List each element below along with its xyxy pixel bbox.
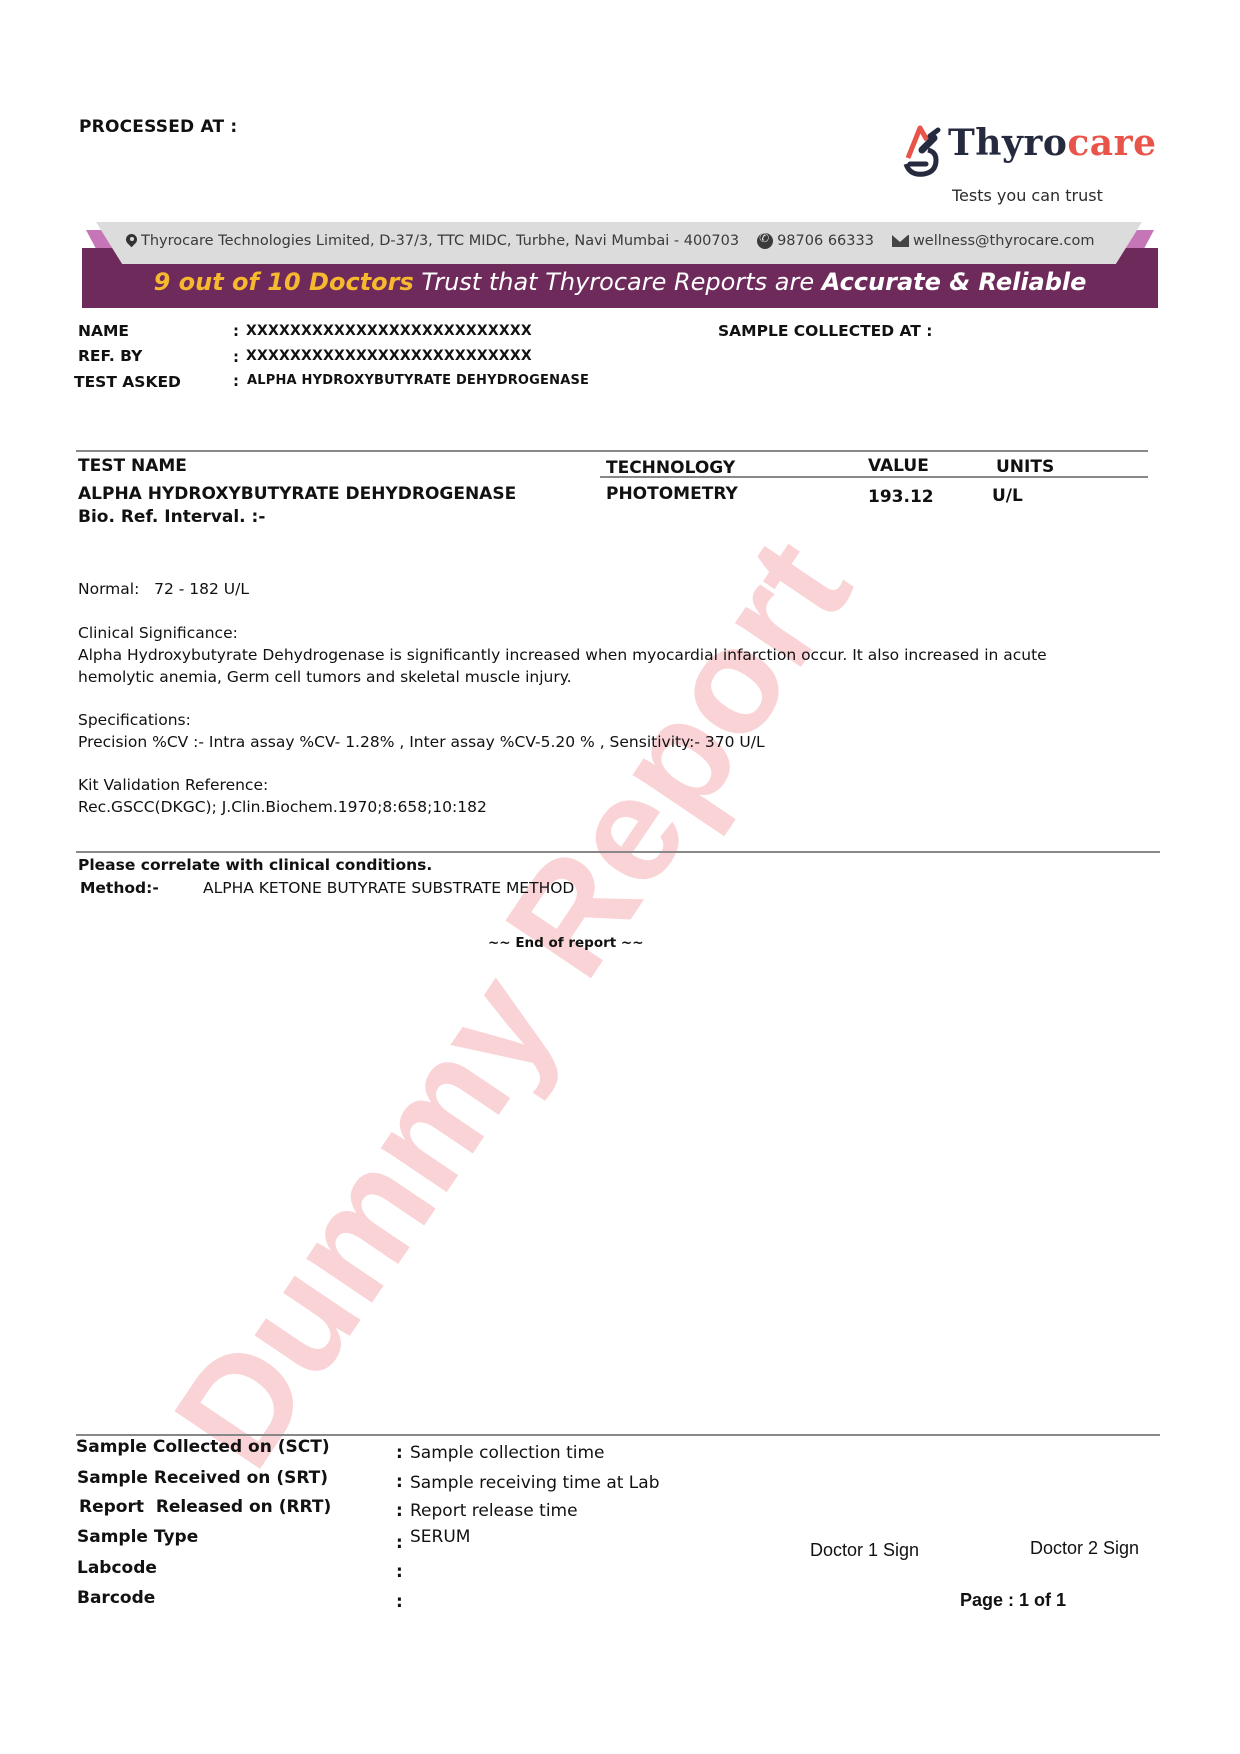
correlate-note: Please correlate with clinical condition… xyxy=(78,856,432,874)
specifications-text: Precision %CV :- Intra assay %CV- 1.28% … xyxy=(78,731,765,753)
slogan: 9 out of 10 Doctors Trust that Thyrocare… xyxy=(82,268,1158,296)
result-test-name: ALPHA HYDROXYBUTYRATE DEHYDROGENASE xyxy=(78,484,516,504)
col-test-name: TEST NAME xyxy=(78,456,187,476)
doctor-1-sign: Doctor 1 Sign xyxy=(810,1540,919,1561)
phone-text: 98706 66333 xyxy=(777,233,874,249)
ref-by-value: XXXXXXXXXXXXXXXXXXXXXXXXXX xyxy=(246,348,532,364)
ref-by-label: REF. BY xyxy=(78,347,142,365)
col-technology: TECHNOLOGY xyxy=(606,458,735,478)
method-label: Method:- xyxy=(80,879,159,897)
clinical-significance-title: Clinical Significance: xyxy=(78,622,238,644)
specifications-title: Specifications: xyxy=(78,709,191,731)
location-pin-icon xyxy=(126,234,137,249)
col-units: UNITS xyxy=(996,457,1054,477)
clinical-significance-line2: hemolytic anemia, Germ cell tumors and s… xyxy=(78,666,572,688)
end-of-report: ~~ End of report ~~ xyxy=(488,935,644,951)
thyrocare-logo: Thyrocare Tests you can trust xyxy=(900,120,1150,210)
logo-tagline: Tests you can trust xyxy=(952,186,1103,205)
name-label: NAME xyxy=(78,322,129,340)
table-header-rule xyxy=(600,476,1148,478)
col-value: VALUE xyxy=(868,456,929,476)
ref-by-colon: : xyxy=(233,348,239,366)
test-asked-label: TEST ASKED xyxy=(74,373,181,391)
contact-line: Thyrocare Technologies Limited, D-37/3, … xyxy=(126,233,1094,249)
result-units: U/L xyxy=(992,486,1023,506)
test-asked-value: ALPHA HYDROXYBUTYRATE DEHYDROGENASE xyxy=(247,373,589,388)
address-text: Thyrocare Technologies Limited, D-37/3, … xyxy=(141,233,739,249)
whatsapp-icon xyxy=(757,233,773,249)
bio-ref-interval-label: Bio. Ref. Interval. :- xyxy=(78,507,265,527)
table-top-rule xyxy=(76,450,1148,452)
name-value: XXXXXXXXXXXXXXXXXXXXXXXXXX xyxy=(246,323,532,339)
closing-rule xyxy=(76,851,1160,853)
clinical-significance-line1: Alpha Hydroxybutyrate Dehydrogenase is s… xyxy=(78,644,1047,666)
name-colon: : xyxy=(233,322,239,340)
logo-wordmark: Thyrocare xyxy=(948,122,1156,164)
contact-ribbon: Thyrocare Technologies Limited, D-37/3, … xyxy=(82,222,1158,314)
result-technology: PHOTOMETRY xyxy=(606,484,738,504)
test-asked-colon: : xyxy=(233,372,239,390)
footer-rule xyxy=(76,1434,1160,1436)
envelope-icon xyxy=(892,235,909,247)
microscope-drop-icon xyxy=(900,120,944,180)
email-text: wellness@thyrocare.com xyxy=(913,233,1095,249)
sample-collected-at-label: SAMPLE COLLECTED AT : xyxy=(718,322,932,340)
processed-at-label: PROCESSED AT : xyxy=(79,117,237,137)
page-number: Page : 1 of 1 xyxy=(960,1590,1066,1611)
method-value: ALPHA KETONE BUTYRATE SUBSTRATE METHOD xyxy=(203,879,574,897)
result-value: 193.12 xyxy=(868,487,934,507)
kit-validation-title: Kit Validation Reference: xyxy=(78,774,268,796)
normal-range: Normal: 72 - 182 U/L xyxy=(78,578,249,600)
doctor-2-sign: Doctor 2 Sign xyxy=(1030,1538,1139,1559)
kit-validation-text: Rec.GSCC(DKGC); J.Clin.Biochem.1970;8:65… xyxy=(78,796,487,818)
